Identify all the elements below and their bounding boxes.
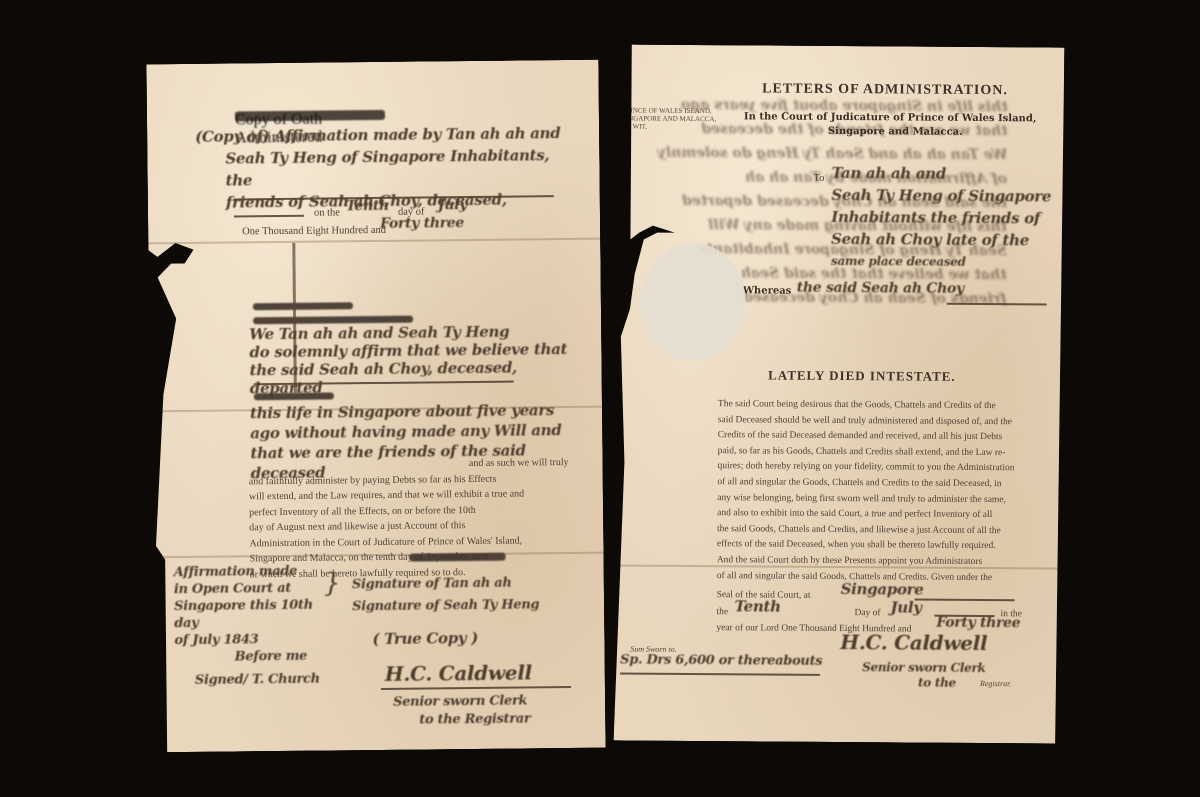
body-line: The said Court being desirous that the G… (718, 397, 1044, 415)
sum-sworn-handwriting: Sp. Drs 6,600 or thereabouts (620, 652, 822, 668)
rule (915, 599, 1015, 601)
margin-note: PRINCE OF WALES ISLAND, SINGAPORE AND MA… (622, 106, 716, 131)
redacted-line (253, 302, 353, 310)
body-line: the said Seah ah Choy, deceased, departe… (250, 358, 590, 398)
day-handwriting: Tenth (734, 597, 780, 615)
signature-line: Signature of Tan ah ah (352, 572, 539, 596)
court-location: Singapore and Malacca. (828, 126, 963, 138)
redacted-header: Copy of Oath Administered (235, 110, 385, 122)
redacted-line (254, 392, 334, 400)
month-handwriting: July (438, 197, 467, 213)
clerk-signature: H.C. Caldwell (840, 630, 987, 655)
rule (620, 672, 820, 675)
addressee-line: Inhabitants the friends of (831, 206, 1061, 230)
letters-of-administration: this life in Singapore about five years … (614, 44, 1065, 743)
addressee-line: Tan ah ah and (831, 162, 1061, 186)
year-printed: One Thousand Eight Hundred and (242, 220, 386, 243)
clerk-title-line: Senior sworn Clerk (393, 692, 530, 711)
note-line: of July 1843 (174, 630, 334, 649)
brace-icon: } (324, 568, 341, 598)
redacted-line (410, 553, 506, 562)
true-copy: ( True Copy ) (352, 626, 539, 650)
year-handwriting: Forty three (380, 215, 464, 232)
body-text: The said Court being desirous that the G… (717, 397, 1044, 586)
note-line: Affirmation made (174, 562, 334, 581)
intro-line: Seah Ty Heng of Singapore Inhabitants, t… (195, 144, 575, 192)
note-line: Singapore this 10th day (174, 596, 334, 632)
addressee-line: Seah ah Choy late of the (831, 228, 1061, 252)
registrar-label: Registrar. (980, 673, 1011, 694)
margin-note-line: TO WIT. (622, 122, 716, 131)
seal-handwriting: Singapore (841, 580, 924, 599)
note-line: in Open Court at (174, 579, 334, 598)
affirmation-note: Affirmation made in Open Court at Singap… (174, 562, 335, 689)
note-line: Signed/ T. Church (175, 670, 335, 689)
rule (381, 686, 571, 689)
rule (234, 215, 304, 217)
clerk-signature: H.C. Caldwell (385, 660, 532, 686)
body-line: ago without having made any Will and (250, 420, 590, 444)
whereas-label: Whereas (743, 285, 792, 296)
addressee-line: Seah Ty Heng of Singapore (831, 184, 1061, 208)
wax-seal-remnant (640, 243, 746, 362)
court-name: In the Court of Judicature of Prince of … (744, 111, 1036, 124)
to-label: To (813, 168, 824, 189)
clerk-title: Senior sworn Clerk to the Registrar (393, 692, 531, 729)
clerk-title-line: Senior sworn Clerk (862, 660, 985, 676)
whereas-handwriting: the said Seah ah Choy (797, 280, 964, 297)
oath-document: Copy of Oath Administered (Copy of) Affi… (146, 60, 605, 753)
document-title: LETTERS OF ADMINISTRATION. (762, 81, 1008, 99)
addressee-line: same place deceased (831, 250, 1061, 274)
signature-block: Signature of Tan ah ah Signature of Seah… (352, 572, 540, 650)
addressee-handwriting: Tan ah ah and Seah Ty Heng of Singapore … (831, 162, 1062, 274)
body-line: of all and singular the Goods, Chattels … (717, 475, 1043, 493)
body-line: And the said Court doth by these Present… (717, 553, 1043, 571)
affirmation-body: We Tan ah ah and Seah Ty Heng do solemnl… (249, 322, 590, 398)
body-line: do solemnly affirm that we believe that (249, 340, 589, 362)
signature-line: Signature of Seah Ty Heng (352, 594, 539, 618)
intestate-heading: LATELY DIED INTESTATE. (768, 368, 956, 385)
month-handwriting: July (890, 598, 921, 616)
day-handwriting: Tenth (346, 198, 389, 214)
clerk-title-line: to the (862, 675, 985, 691)
clerk-title: Senior sworn Clerk to the (862, 660, 986, 691)
year-handwriting: Forty three (936, 615, 1020, 632)
note-line: Before me (175, 647, 335, 666)
clerk-title-line: to the Registrar (393, 710, 530, 729)
